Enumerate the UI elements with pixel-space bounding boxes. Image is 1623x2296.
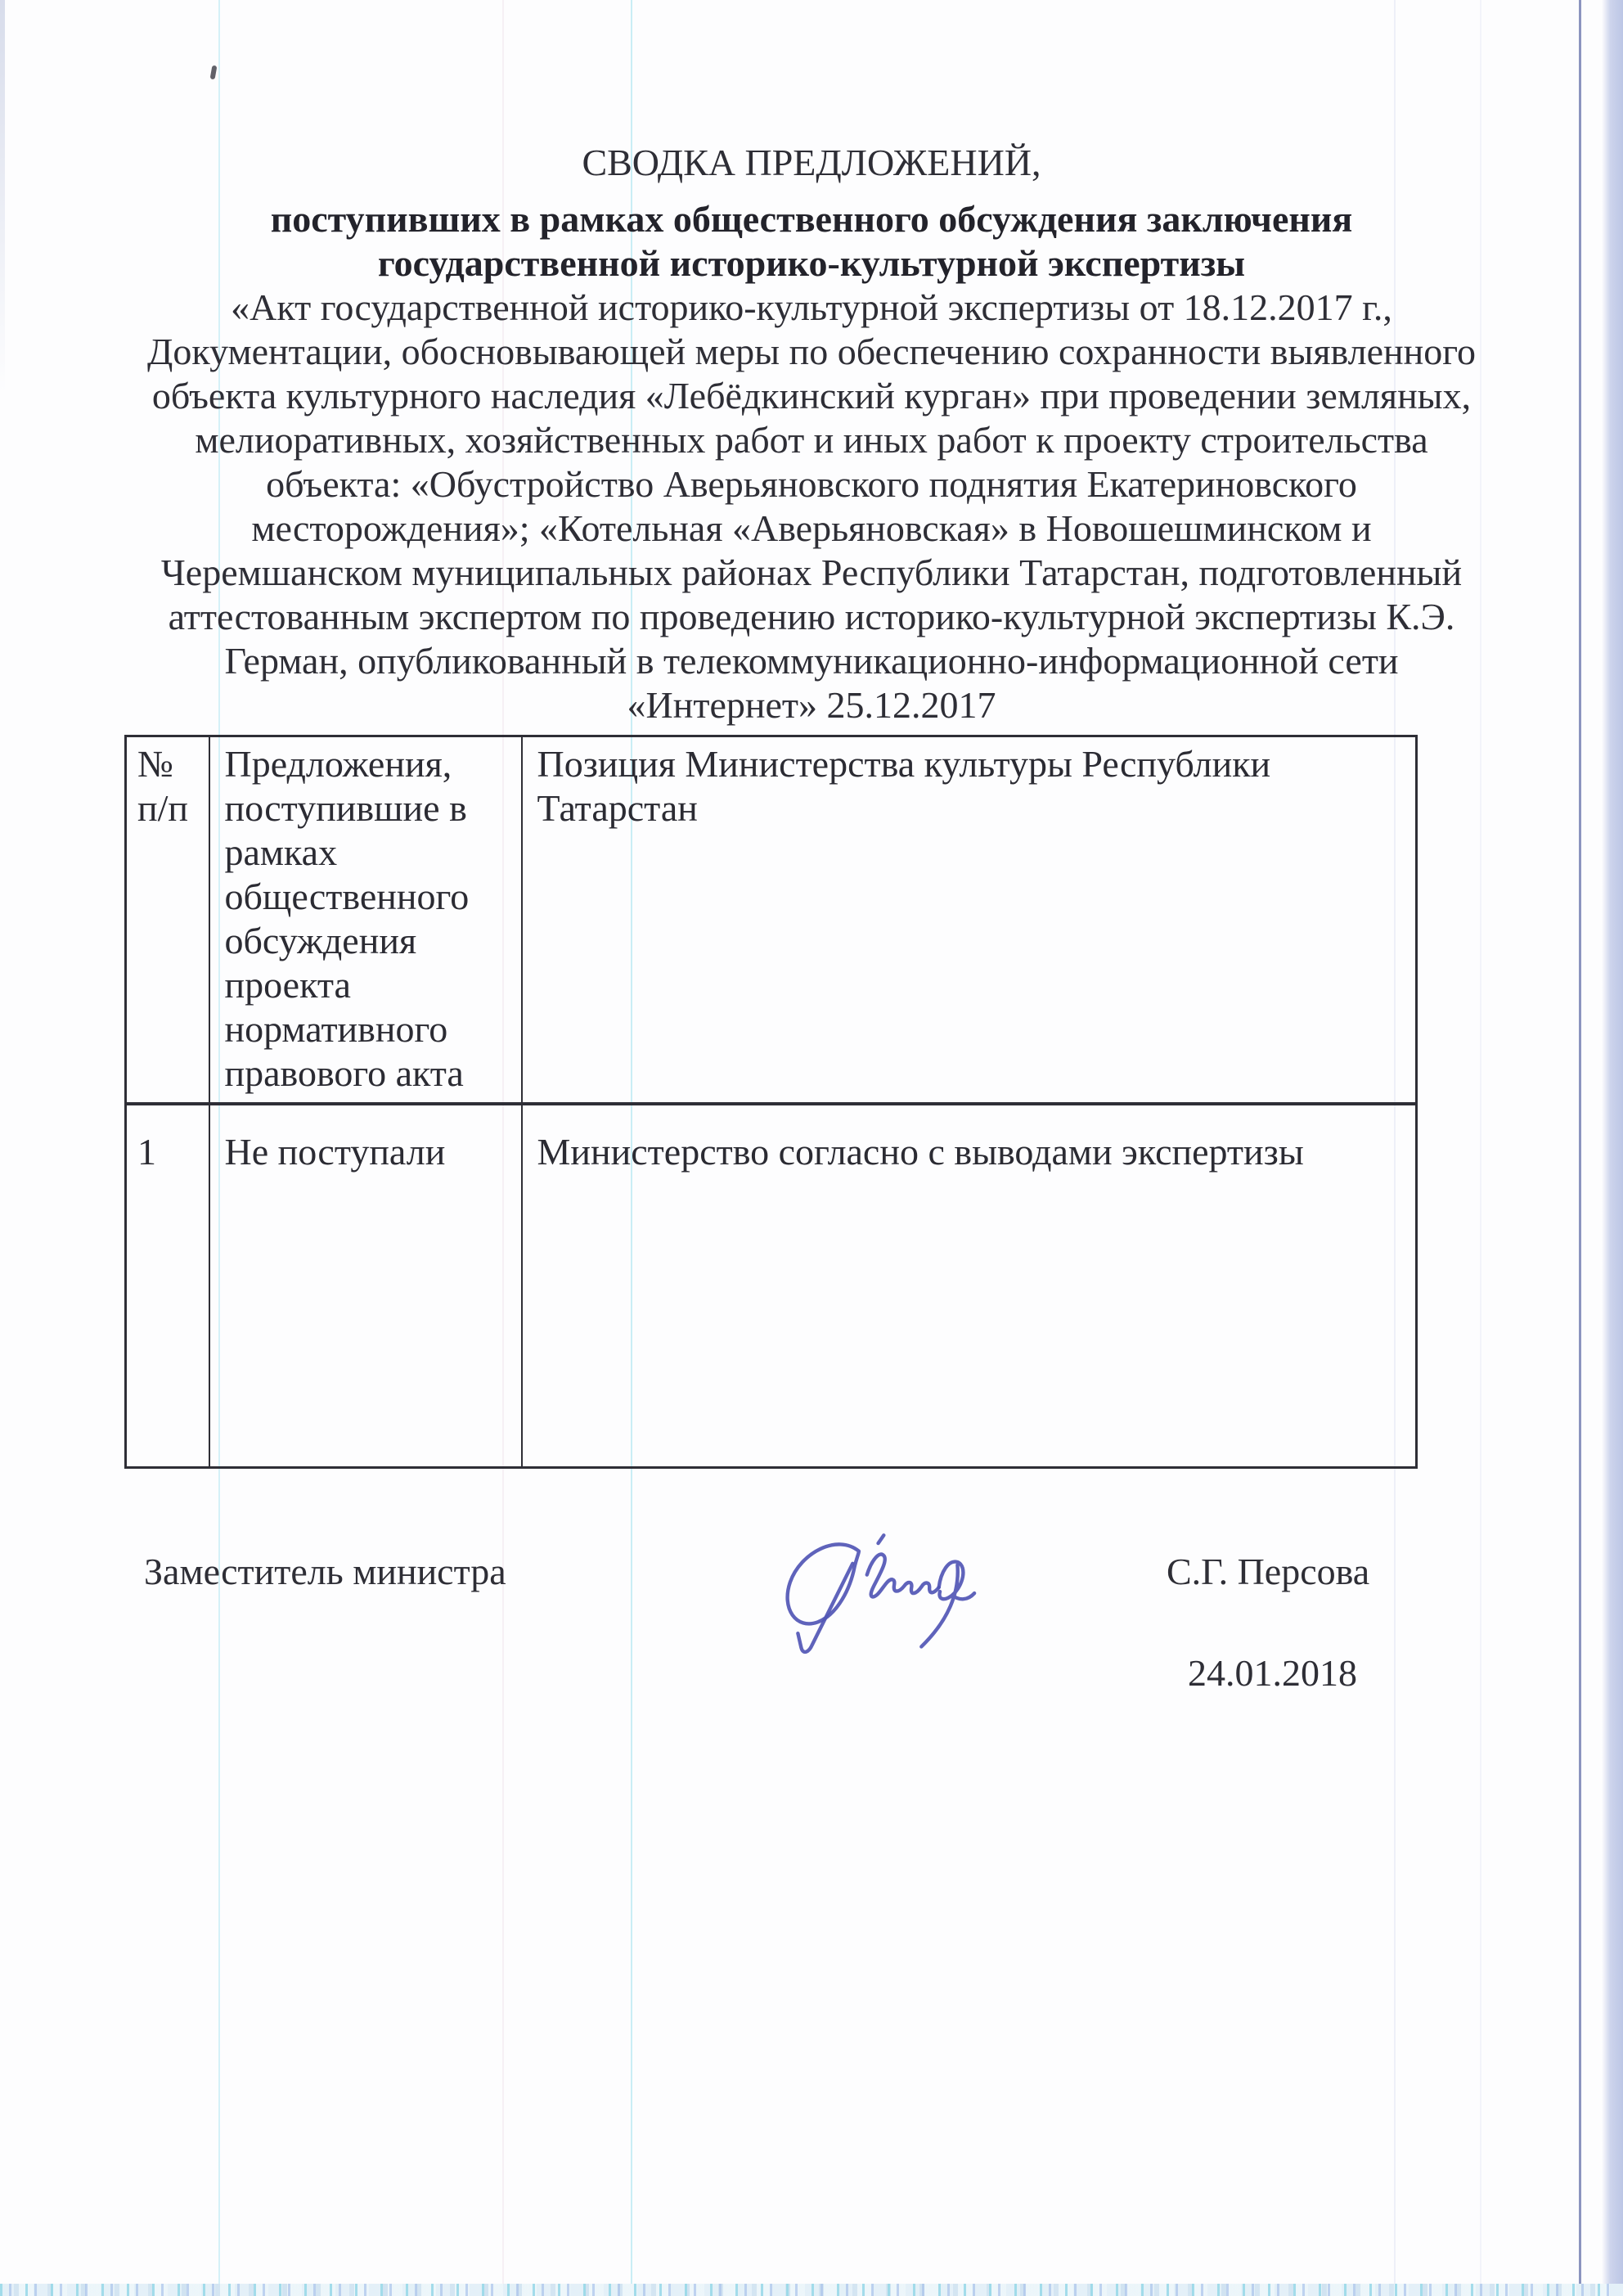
title-line: мелиоративных, хозяйственных работ и ины…: [136, 418, 1487, 462]
title-line: объекта: «Обустройство Аверьяновского по…: [136, 462, 1487, 506]
proposals-summary-table: № п/п Предложения, поступившие в рамках …: [124, 735, 1418, 1469]
header-cell-number: № п/п: [126, 736, 209, 1105]
document-title-block: СВОДКА ПРЕДЛОЖЕНИЙ, поступивших в рамках…: [136, 141, 1487, 727]
table-row: 1 Не поступали Министерство согласно с в…: [126, 1104, 1417, 1468]
ink-speck: [210, 65, 218, 80]
scan-artifact-line: [1579, 0, 1581, 2296]
title-line: месторождения»; «Котельная «Аверьяновска…: [136, 506, 1487, 551]
row-number-cell: 1: [126, 1104, 209, 1468]
title-line: Черемшанском муниципальных районах Респу…: [136, 551, 1487, 595]
title-line: Герман, опубликованный в телекоммуникаци…: [136, 639, 1487, 683]
header-cell-proposals: Предложения, поступившие в рамках общест…: [209, 736, 522, 1105]
title-line: аттестованным экспертом по проведению ис…: [136, 595, 1487, 639]
title-line: «Интернет» 25.12.2017: [136, 683, 1487, 727]
position-title-label: Заместитель министра: [144, 1550, 506, 1594]
scan-artifact-right-band: [1602, 0, 1623, 2296]
table-header-row: № п/п Предложения, поступившие в рамках …: [126, 736, 1417, 1105]
proposals-cell: Не поступали: [209, 1104, 522, 1468]
title-line: «Акт государственной историко-культурной…: [136, 286, 1487, 330]
title-line: СВОДКА ПРЕДЛОЖЕНИЙ,: [136, 141, 1487, 185]
signature-scribble-icon: [776, 1515, 997, 1671]
scan-artifact-noise-band: [0, 2284, 1623, 2296]
scan-artifact-left-edge: [0, 0, 5, 393]
title-line: государственной историко-культурной эксп…: [136, 241, 1487, 286]
header-cell-ministry-position: Позиция Министерства культуры Республики…: [522, 736, 1417, 1105]
title-line: Документации, обосновывающей меры по обе…: [136, 330, 1487, 374]
signature-date: 24.01.2018: [1188, 1651, 1357, 1695]
signer-name: С.Г. Персова: [1167, 1550, 1369, 1594]
title-line: поступивших в рамках общественного обсуж…: [136, 197, 1487, 241]
scanned-document-page: СВОДКА ПРЕДЛОЖЕНИЙ, поступивших в рамках…: [0, 0, 1623, 2296]
ministry-position-cell: Министерство согласно с выводами эксперт…: [522, 1104, 1417, 1468]
title-line: объекта культурного наследия «Лебёдкинск…: [136, 374, 1487, 418]
